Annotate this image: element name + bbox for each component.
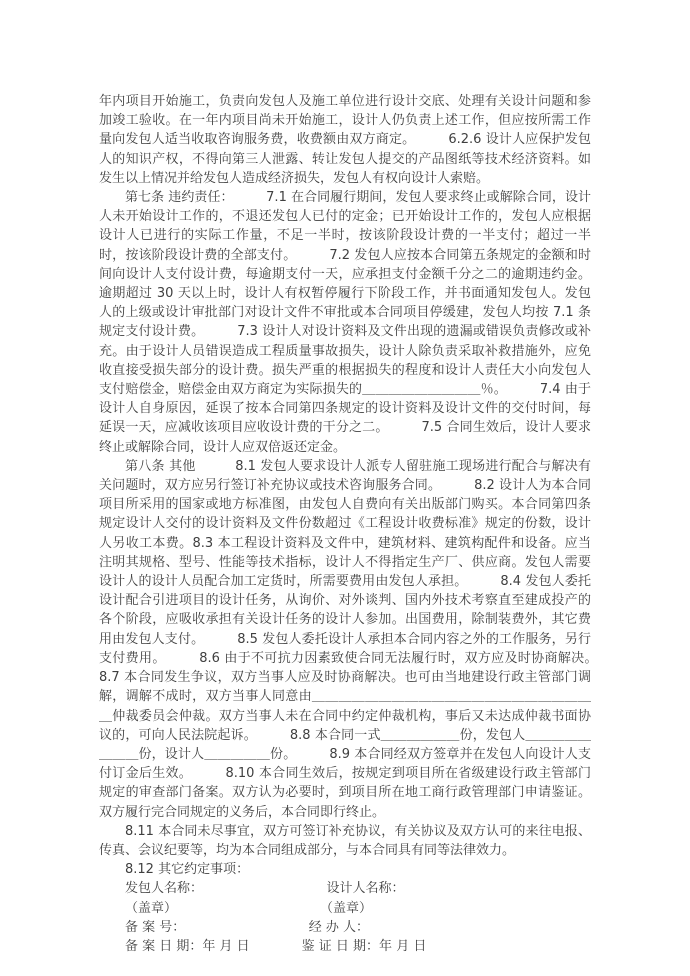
- contract-document-page: 年内项目开始施工，负责向发包人及施工单位进行设计交底、处理有关设计问题和参加竣工…: [0, 0, 690, 976]
- paragraph-continuation: 年内项目开始施工，负责向发包人及施工单位进行设计交底、处理有关设计问题和参加竣工…: [99, 92, 591, 188]
- signature-line-record-number-handler: 备 案 号： 经 办 人：: [99, 918, 591, 937]
- signature-line-party-names: 发包人名称： 设计人名称：: [99, 879, 591, 898]
- paragraph-clause-8-12: 8.12 其它约定事项：: [99, 860, 591, 879]
- signature-line-seals: （盖章） （盖章）: [99, 899, 591, 918]
- paragraph-article-8-other: 第八条 其他 8.1 发包人要求设计人派专人留驻施工现场进行配合与解决有关问题时…: [99, 457, 591, 822]
- paragraph-article-7-liability: 第七条 违约责任： 7.1 在合同履行期间，发包人要求终止或解除合同，设计人未开…: [99, 188, 591, 457]
- paragraph-clause-8-11: 8.11 本合同未尽事宜，双方可签订补充协议，有关协议及双方认可的来往电报、传真…: [99, 822, 591, 860]
- signature-line-record-date-verify-date: 备 案 日 期：年 月 日 鉴 证 日 期：年 月 日: [99, 937, 591, 956]
